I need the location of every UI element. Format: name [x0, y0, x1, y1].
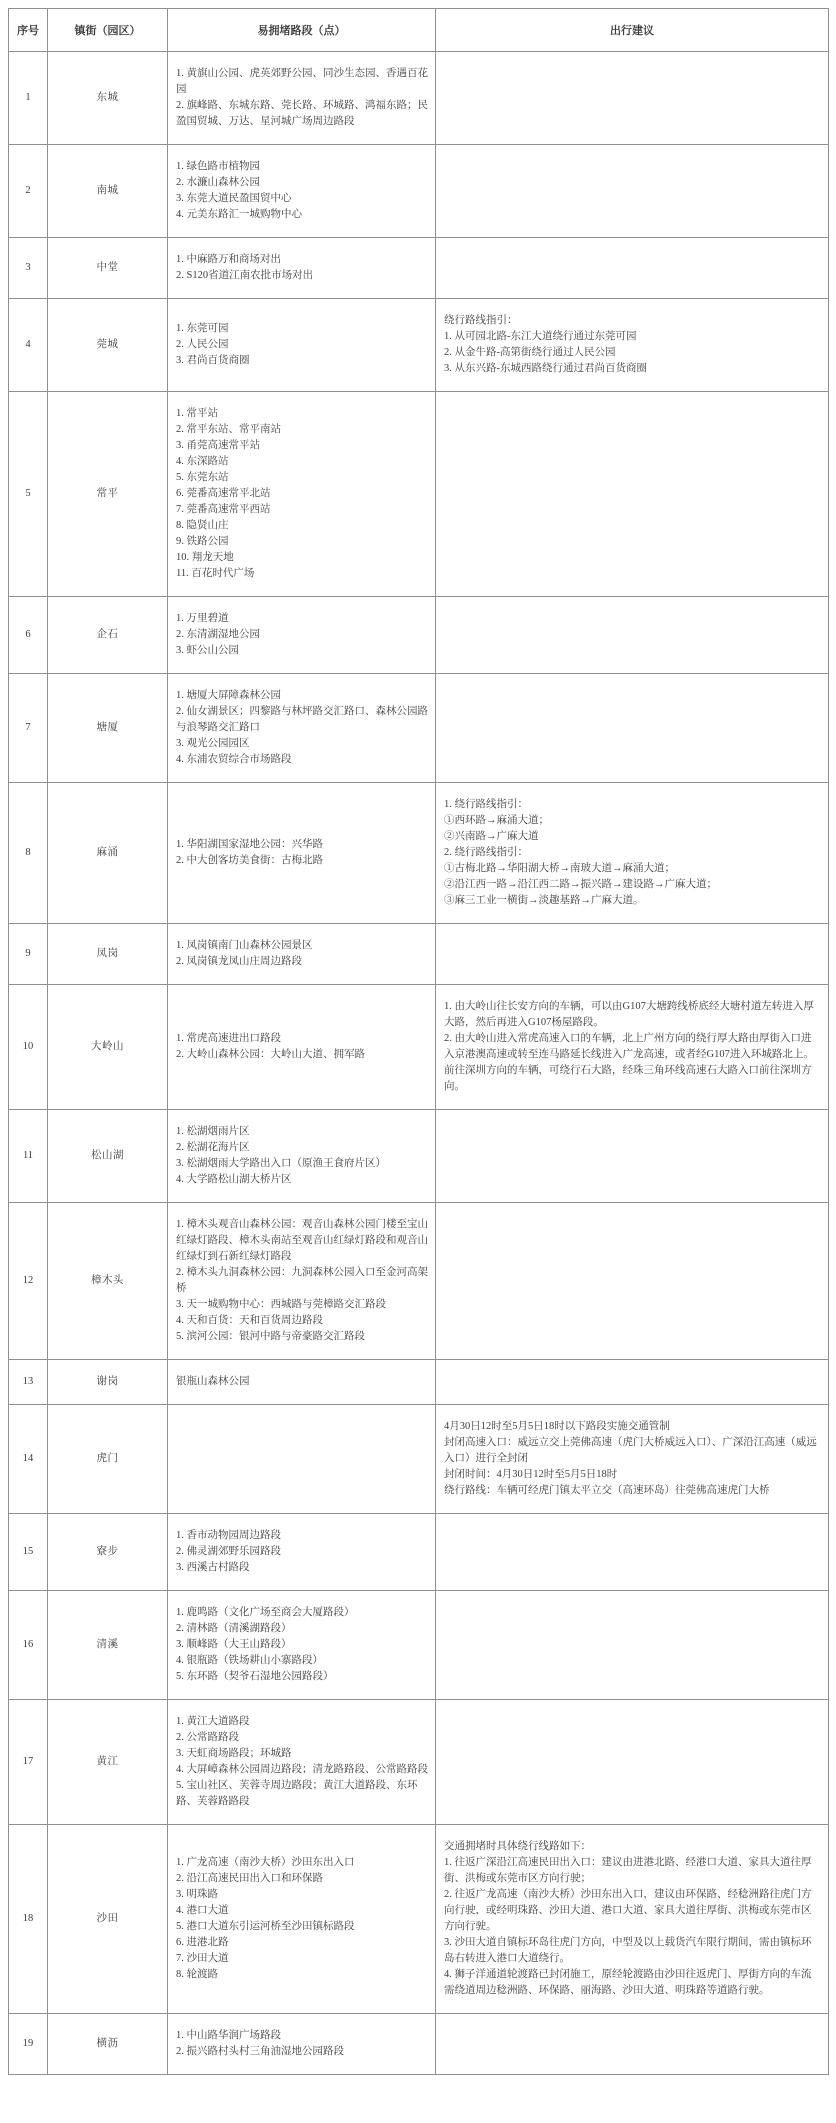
cell-congestion-points: 1. 常虎高速进出口路段2. 大岭山森林公园：大岭山大道、拥军路 — [168, 985, 436, 1110]
congestion-item: 2. S120省道江南农批市场对出 — [176, 268, 428, 284]
congestion-item: 6. 莞番高速常平北站 — [176, 486, 428, 502]
advice-item: ①古梅北路→华阳湖大桥→南玻大道→麻涌大道； — [444, 861, 821, 877]
table-row: 12樟木头1. 樟木头观音山森林公园：观音山森林公园门楼至宝山红绿灯路段、樟木头… — [9, 1203, 829, 1360]
congestion-item: 1. 常虎高速进出口路段 — [176, 1031, 428, 1047]
advice-item: 1. 由大岭山往长安方向的车辆，可以由G107大塘跨线桥底经大塘村道左转进入厚大… — [444, 999, 821, 1031]
congestion-item: 1. 华阳湖国家湿地公园：兴华路 — [176, 837, 428, 853]
congestion-item: 4. 银瓶路（铁场耕山小寨路段） — [176, 1653, 428, 1669]
cell-travel-advice — [436, 145, 829, 238]
congestion-item: 3. 观光公园园区 — [176, 736, 428, 752]
table-body: 1东城1. 黄旗山公园、虎英郊野公园、同沙生态园、香遇百花园2. 旗峰路、东城东… — [9, 52, 829, 2075]
advice-item: 3. 从东兴路-东城西路绕行通过君尚百货商圈 — [444, 361, 821, 377]
table-row: 15寮步1. 香市动物园周边路段2. 佛灵湖郊野乐园路段3. 西溪古村路段 — [9, 1514, 829, 1591]
congestion-item: 1. 万里碧道 — [176, 611, 428, 627]
cell-travel-advice — [436, 1514, 829, 1591]
congestion-item: 5. 港口大道东引运河桥至沙田镇标路段 — [176, 1919, 428, 1935]
cell-town-name: 企石 — [48, 597, 168, 674]
advice-item: 2. 由大岭山进入常虎高速入口的车辆，北上广州方向的绕行厚大路由厚街入口进入京港… — [444, 1031, 821, 1095]
table-row: 8麻涌1. 华阳湖国家湿地公园：兴华路2. 中大创客坊美食街：古梅北路1. 绕行… — [9, 783, 829, 924]
cell-travel-advice — [436, 392, 829, 597]
cell-row-number: 8 — [9, 783, 48, 924]
congestion-item: 3. 天一城购物中心：西城路与莞樟路交汇路段 — [176, 1297, 428, 1313]
cell-congestion-points: 1. 中麻路万和商场对出2. S120省道江南农批市场对出 — [168, 238, 436, 299]
advice-item: 1. 往返广深沿江高速民田出入口：建议由进港北路、经港口大道、家具大道往厚街、洪… — [444, 1855, 821, 1887]
congestion-item: 1. 常平站 — [176, 406, 428, 422]
cell-town-name: 中堂 — [48, 238, 168, 299]
advice-item: 绕行路线：车辆可经虎门镇太平立交（高速环岛）往莞佛高速虎门大桥 — [444, 1483, 821, 1499]
cell-travel-advice — [436, 674, 829, 783]
congestion-item: 1. 黄旗山公园、虎英郊野公园、同沙生态园、香遇百花园 — [176, 66, 428, 98]
congestion-item: 1. 松湖烟雨片区 — [176, 1124, 428, 1140]
congestion-item: 2. 松湖花海片区 — [176, 1140, 428, 1156]
cell-congestion-points: 1. 广龙高速（南沙大桥）沙田东出入口2. 沿江高速民田出入口和环保路3. 明珠… — [168, 1825, 436, 2014]
cell-row-number: 3 — [9, 238, 48, 299]
congestion-item: 3. 虾公山公园 — [176, 643, 428, 659]
congestion-item: 3. 东莞大道民盈国贸中心 — [176, 191, 428, 207]
cell-town-name: 大岭山 — [48, 985, 168, 1110]
advice-item: ②沿江西一路→沿江西二路→振兴路→建设路→广麻大道； — [444, 877, 821, 893]
cell-congestion-points: 1. 鹿鸣路（文化广场至商会大厦路段）2. 清林路（清溪湖路段）3. 顺峰路（大… — [168, 1591, 436, 1700]
congestion-item: 2. 公常路路段 — [176, 1730, 428, 1746]
cell-congestion-points: 1. 樟木头观音山森林公园：观音山森林公园门楼至宝山红绿灯路段、樟木头南站至观音… — [168, 1203, 436, 1360]
congestion-item: 2. 佛灵湖郊野乐园路段 — [176, 1544, 428, 1560]
cell-congestion-points: 1. 绿色路市植物园2. 水濂山森林公园3. 东莞大道民盈国贸中心4. 元美东路… — [168, 145, 436, 238]
congestion-item: 1. 凤岗镇南门山森林公园景区 — [176, 938, 428, 954]
congestion-item: 3. 甬莞高速常平站 — [176, 438, 428, 454]
congestion-item: 1. 绿色路市植物园 — [176, 159, 428, 175]
cell-travel-advice — [436, 1591, 829, 1700]
congestion-item: 3. 明珠路 — [176, 1887, 428, 1903]
cell-row-number: 6 — [9, 597, 48, 674]
congestion-item: 4. 天和百货：天和百货周边路段 — [176, 1313, 428, 1329]
congestion-item: 1. 香市动物园周边路段 — [176, 1528, 428, 1544]
cell-row-number: 15 — [9, 1514, 48, 1591]
table-row: 7塘厦1. 塘厦大屏障森林公园2. 仙女湖景区；四黎路与林坪路交汇路口、森林公园… — [9, 674, 829, 783]
congestion-item: 3. 天虹商场路段；环城路 — [176, 1746, 428, 1762]
cell-travel-advice: 绕行路线指引：1. 从可园北路-东江大道绕行通过东莞可园2. 从金牛路-高第街绕… — [436, 299, 829, 392]
congestion-item: 1. 塘厦大屏障森林公园 — [176, 688, 428, 704]
cell-row-number: 11 — [9, 1110, 48, 1203]
congestion-item: 4. 港口大道 — [176, 1903, 428, 1919]
table-row: 16清溪1. 鹿鸣路（文化广场至商会大厦路段）2. 清林路（清溪湖路段）3. 顺… — [9, 1591, 829, 1700]
cell-travel-advice — [436, 1700, 829, 1825]
cell-row-number: 2 — [9, 145, 48, 238]
cell-town-name: 清溪 — [48, 1591, 168, 1700]
advice-item: 4月30日12时至5月5日18时以下路段实施交通管制 — [444, 1419, 821, 1435]
cell-town-name: 谢岗 — [48, 1360, 168, 1405]
congestion-item: 3. 西溪古村路段 — [176, 1560, 428, 1576]
table-row: 14虎门4月30日12时至5月5日18时以下路段实施交通管制封闭高速入口：威远立… — [9, 1405, 829, 1514]
cell-row-number: 18 — [9, 1825, 48, 2014]
congestion-item: 4. 大屏嶂森林公园周边路段；清龙路路段、公常路路段 — [176, 1762, 428, 1778]
advice-item: 2. 从金牛路-高第街绕行通过人民公园 — [444, 345, 821, 361]
header-row: 序号 镇街（园区） 易拥堵路段（点） 出行建议 — [9, 9, 829, 52]
advice-item: ①西环路→麻涌大道； — [444, 813, 821, 829]
cell-congestion-points: 银瓶山森林公园 — [168, 1360, 436, 1405]
congestion-item: 8. 轮渡路 — [176, 1967, 428, 1983]
traffic-advisory-page: 序号 镇街（园区） 易拥堵路段（点） 出行建议 1东城1. 黄旗山公园、虎英郊野… — [0, 0, 836, 2083]
advice-item: 4. 狮子洋通道轮渡路已封闭施工，原经轮渡路由沙田往返虎门、厚街方向的车流需绕道… — [444, 1967, 821, 1999]
congestion-item: 2. 振兴路村头村三角油湿地公园路段 — [176, 2044, 428, 2060]
cell-row-number: 10 — [9, 985, 48, 1110]
table-row: 9凤岗1. 凤岗镇南门山森林公园景区2. 凤岗镇龙凤山庄周边路段 — [9, 924, 829, 985]
cell-row-number: 13 — [9, 1360, 48, 1405]
cell-town-name: 寮步 — [48, 1514, 168, 1591]
table-row: 17黄江1. 黄江大道路段2. 公常路路段3. 天虹商场路段；环城路4. 大屏嶂… — [9, 1700, 829, 1825]
cell-row-number: 5 — [9, 392, 48, 597]
advice-item: 3. 沙田大道自镇标环岛往虎门方向，中型及以上载货汽车限行期间，需由镇标环岛右转… — [444, 1935, 821, 1967]
advice-item: ③麻三工业一横街→淡趣基路→广麻大道。 — [444, 893, 821, 909]
cell-row-number: 17 — [9, 1700, 48, 1825]
advice-item: 绕行路线指引： — [444, 313, 821, 329]
cell-congestion-points: 1. 中山路华润广场路段2. 振兴路村头村三角油湿地公园路段 — [168, 2014, 436, 2075]
cell-town-name: 莞城 — [48, 299, 168, 392]
advice-item: 1. 绕行路线指引： — [444, 797, 821, 813]
table-row: 1东城1. 黄旗山公园、虎英郊野公园、同沙生态园、香遇百花园2. 旗峰路、东城东… — [9, 52, 829, 145]
cell-town-name: 南城 — [48, 145, 168, 238]
table-row: 19横沥1. 中山路华润广场路段2. 振兴路村头村三角油湿地公园路段 — [9, 2014, 829, 2075]
table-row: 2南城1. 绿色路市植物园2. 水濂山森林公园3. 东莞大道民盈国贸中心4. 元… — [9, 145, 829, 238]
header-congestion: 易拥堵路段（点） — [168, 9, 436, 52]
table-row: 6企石1. 万里碧道2. 东清湖湿地公园3. 虾公山公园 — [9, 597, 829, 674]
traffic-advisory-table: 序号 镇街（园区） 易拥堵路段（点） 出行建议 1东城1. 黄旗山公园、虎英郊野… — [8, 8, 829, 2075]
cell-congestion-points: 1. 塘厦大屏障森林公园2. 仙女湖景区；四黎路与林坪路交汇路口、森林公园路与浪… — [168, 674, 436, 783]
cell-row-number: 19 — [9, 2014, 48, 2075]
congestion-item: 1. 鹿鸣路（文化广场至商会大厦路段） — [176, 1605, 428, 1621]
cell-congestion-points: 1. 万里碧道2. 东清湖湿地公园3. 虾公山公园 — [168, 597, 436, 674]
congestion-item: 6. 进港北路 — [176, 1935, 428, 1951]
cell-row-number: 9 — [9, 924, 48, 985]
cell-travel-advice — [436, 924, 829, 985]
cell-travel-advice — [436, 1203, 829, 1360]
congestion-item: 4. 东浦农贸综合市场路段 — [176, 752, 428, 768]
congestion-item: 2. 大岭山森林公园：大岭山大道、拥军路 — [176, 1047, 428, 1063]
cell-congestion-points — [168, 1405, 436, 1514]
congestion-item: 1. 黄江大道路段 — [176, 1714, 428, 1730]
cell-congestion-points: 1. 常平站2. 常平东站、常平南站3. 甬莞高速常平站4. 东深路站5. 东莞… — [168, 392, 436, 597]
congestion-item: 11. 百花时代广场 — [176, 566, 428, 582]
cell-row-number: 7 — [9, 674, 48, 783]
cell-town-name: 松山湖 — [48, 1110, 168, 1203]
cell-row-number: 16 — [9, 1591, 48, 1700]
advice-item: ②兴南路→广麻大道 — [444, 829, 821, 845]
cell-row-number: 14 — [9, 1405, 48, 1514]
congestion-item: 7. 莞番高速常平西站 — [176, 502, 428, 518]
header-no: 序号 — [9, 9, 48, 52]
cell-town-name: 东城 — [48, 52, 168, 145]
congestion-item: 3. 顺峰路（大王山路段） — [176, 1637, 428, 1653]
congestion-item: 1. 中山路华润广场路段 — [176, 2028, 428, 2044]
cell-travel-advice: 4月30日12时至5月5日18时以下路段实施交通管制封闭高速入口：威远立交上莞佛… — [436, 1405, 829, 1514]
advice-item: 2. 往返广龙高速（南沙大桥）沙田东出入口，建议由环保路、经稔洲路往虎门方向行驶… — [444, 1887, 821, 1935]
table-row: 18沙田1. 广龙高速（南沙大桥）沙田东出入口2. 沿江高速民田出入口和环保路3… — [9, 1825, 829, 2014]
cell-travel-advice: 1. 由大岭山往长安方向的车辆，可以由G107大塘跨线桥底经大塘村道左转进入厚大… — [436, 985, 829, 1110]
cell-town-name: 黄江 — [48, 1700, 168, 1825]
cell-congestion-points: 1. 黄旗山公园、虎英郊野公园、同沙生态园、香遇百花园2. 旗峰路、东城东路、莞… — [168, 52, 436, 145]
cell-town-name: 麻涌 — [48, 783, 168, 924]
congestion-item: 1. 广龙高速（南沙大桥）沙田东出入口 — [176, 1855, 428, 1871]
cell-travel-advice — [436, 1110, 829, 1203]
table-row: 5常平1. 常平站2. 常平东站、常平南站3. 甬莞高速常平站4. 东深路站5.… — [9, 392, 829, 597]
congestion-item: 2. 仙女湖景区；四黎路与林坪路交汇路口、森林公园路与浪琴路交汇路口 — [176, 704, 428, 736]
congestion-item: 5. 滨河公园：银河中路与帝豪路交汇路段 — [176, 1329, 428, 1345]
congestion-item: 银瓶山森林公园 — [176, 1374, 428, 1390]
cell-travel-advice — [436, 1360, 829, 1405]
advice-item: 1. 从可园北路-东江大道绕行通过东莞可园 — [444, 329, 821, 345]
table-row: 3中堂1. 中麻路万和商场对出2. S120省道江南农批市场对出 — [9, 238, 829, 299]
cell-town-name: 沙田 — [48, 1825, 168, 2014]
table-row: 10大岭山1. 常虎高速进出口路段2. 大岭山森林公园：大岭山大道、拥军路1. … — [9, 985, 829, 1110]
table-row: 13谢岗银瓶山森林公园 — [9, 1360, 829, 1405]
congestion-item: 2. 旗峰路、东城东路、莞长路、环城路、鸿福东路；民盈国贸城、万达、星河城广场周… — [176, 98, 428, 130]
congestion-item: 5. 宝山社区、芙蓉寺周边路段；黄江大道路段、东环路、芙蓉路路段 — [176, 1778, 428, 1810]
cell-congestion-points: 1. 华阳湖国家湿地公园：兴华路2. 中大创客坊美食街：古梅北路 — [168, 783, 436, 924]
table-row: 11松山湖1. 松湖烟雨片区2. 松湖花海片区3. 松湖烟雨大学路出入口（原渔王… — [9, 1110, 829, 1203]
congestion-item: 3. 君尚百货商圈 — [176, 353, 428, 369]
cell-travel-advice: 交通拥堵时具体绕行线路如下：1. 往返广深沿江高速民田出入口：建议由进港北路、经… — [436, 1825, 829, 2014]
congestion-item: 2. 沿江高速民田出入口和环保路 — [176, 1871, 428, 1887]
cell-row-number: 1 — [9, 52, 48, 145]
cell-travel-advice — [436, 597, 829, 674]
cell-travel-advice — [436, 238, 829, 299]
cell-congestion-points: 1. 松湖烟雨片区2. 松湖花海片区3. 松湖烟雨大学路出入口（原渔王食府片区）… — [168, 1110, 436, 1203]
congestion-item: 1. 中麻路万和商场对出 — [176, 252, 428, 268]
table-row: 4莞城1. 东莞可园2. 人民公园3. 君尚百货商圈绕行路线指引：1. 从可园北… — [9, 299, 829, 392]
congestion-item: 1. 东莞可园 — [176, 321, 428, 337]
congestion-item: 2. 樟木头九洞森林公园：九洞森林公园入口至金河高架桥 — [176, 1265, 428, 1297]
congestion-item: 2. 凤岗镇龙凤山庄周边路段 — [176, 954, 428, 970]
advice-item: 封闭高速入口：威远立交上莞佛高速（虎门大桥威远入口）、广深沿江高速（威远入口）进… — [444, 1435, 821, 1467]
cell-congestion-points: 1. 凤岗镇南门山森林公园景区2. 凤岗镇龙凤山庄周边路段 — [168, 924, 436, 985]
congestion-item: 7. 沙田大道 — [176, 1951, 428, 1967]
header-town: 镇街（园区） — [48, 9, 168, 52]
advice-item: 2. 绕行路线指引： — [444, 845, 821, 861]
congestion-item: 1. 樟木头观音山森林公园：观音山森林公园门楼至宝山红绿灯路段、樟木头南站至观音… — [176, 1217, 428, 1265]
congestion-item: 2. 人民公园 — [176, 337, 428, 353]
cell-town-name: 横沥 — [48, 2014, 168, 2075]
cell-row-number: 12 — [9, 1203, 48, 1360]
congestion-item: 9. 铁路公园 — [176, 534, 428, 550]
congestion-item: 4. 东深路站 — [176, 454, 428, 470]
congestion-item: 8. 隐贤山庄 — [176, 518, 428, 534]
cell-travel-advice: 1. 绕行路线指引：①西环路→麻涌大道；②兴南路→广麻大道2. 绕行路线指引：①… — [436, 783, 829, 924]
congestion-item: 3. 松湖烟雨大学路出入口（原渔王食府片区） — [176, 1156, 428, 1172]
congestion-item: 2. 清林路（清溪湖路段） — [176, 1621, 428, 1637]
cell-travel-advice — [436, 2014, 829, 2075]
congestion-item: 5. 东环路（契爷石湿地公园路段） — [176, 1669, 428, 1685]
congestion-item: 2. 水濂山森林公园 — [176, 175, 428, 191]
congestion-item: 4. 大学路松山湖大桥片区 — [176, 1172, 428, 1188]
congestion-item: 2. 东清湖湿地公园 — [176, 627, 428, 643]
cell-town-name: 塘厦 — [48, 674, 168, 783]
congestion-item: 2. 常平东站、常平南站 — [176, 422, 428, 438]
header-advice: 出行建议 — [436, 9, 829, 52]
congestion-item: 2. 中大创客坊美食街：古梅北路 — [176, 853, 428, 869]
congestion-item: 4. 元美东路汇一城购物中心 — [176, 207, 428, 223]
cell-congestion-points: 1. 黄江大道路段2. 公常路路段3. 天虹商场路段；环城路4. 大屏嶂森林公园… — [168, 1700, 436, 1825]
advice-item: 封闭时间：4月30日12时至5月5日18时 — [444, 1467, 821, 1483]
cell-town-name: 常平 — [48, 392, 168, 597]
cell-town-name: 虎门 — [48, 1405, 168, 1514]
cell-congestion-points: 1. 香市动物园周边路段2. 佛灵湖郊野乐园路段3. 西溪古村路段 — [168, 1514, 436, 1591]
advice-item: 交通拥堵时具体绕行线路如下： — [444, 1839, 821, 1855]
cell-town-name: 樟木头 — [48, 1203, 168, 1360]
cell-travel-advice — [436, 52, 829, 145]
cell-row-number: 4 — [9, 299, 48, 392]
congestion-item: 10. 翔龙天地 — [176, 550, 428, 566]
cell-town-name: 凤岗 — [48, 924, 168, 985]
cell-congestion-points: 1. 东莞可园2. 人民公园3. 君尚百货商圈 — [168, 299, 436, 392]
congestion-item: 5. 东莞东站 — [176, 470, 428, 486]
